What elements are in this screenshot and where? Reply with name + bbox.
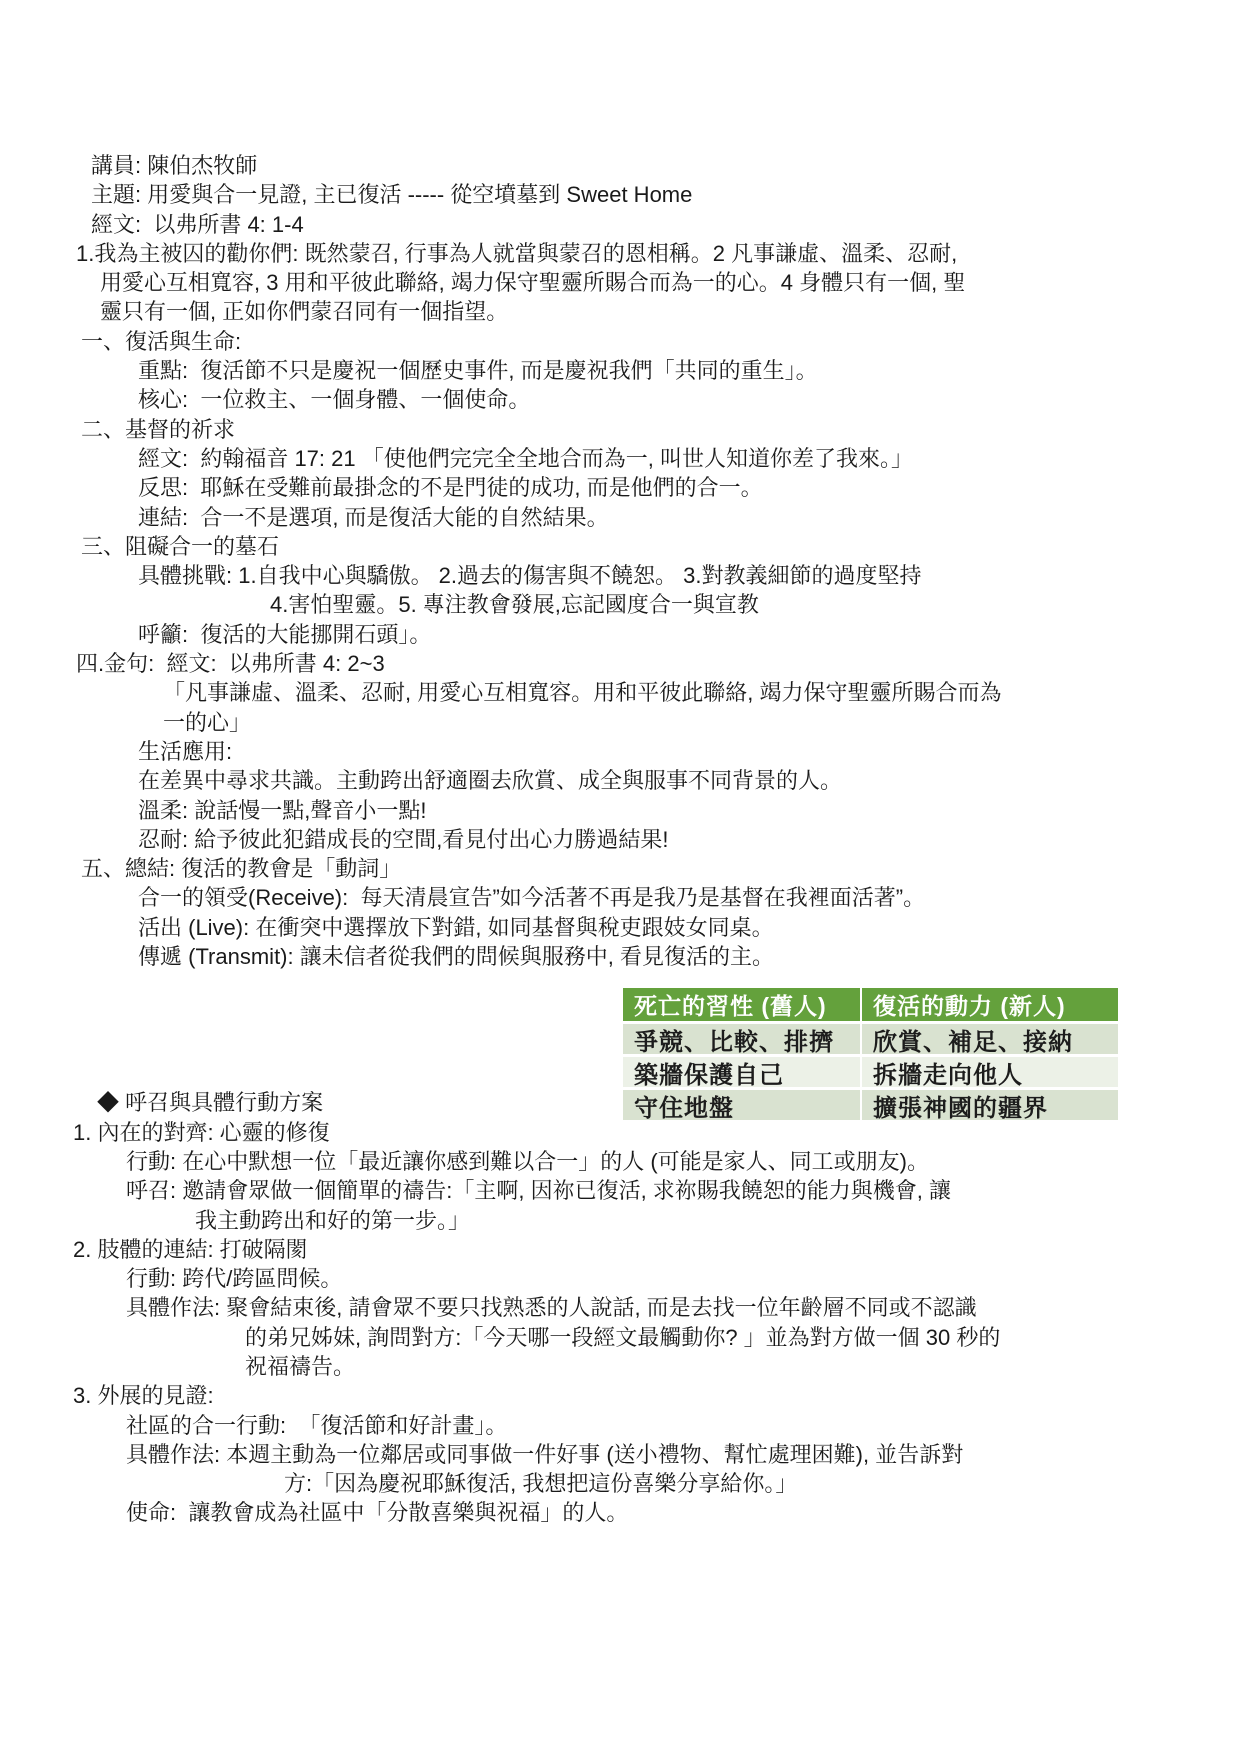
line-section-1-point: 重點: 復活節不只是慶祝一個歷史事件, 而是慶祝我們「共同的重生」。 [0, 356, 1241, 385]
line-action-2-title: 2. 肢體的連結: 打破隔閡 [0, 1235, 1241, 1264]
line-section-4-verse-1: 「凡事謙虛、溫柔、忍耐, 用愛心互相寬容。用和平彼此聯絡, 竭力保守聖靈所賜合而… [0, 678, 1241, 707]
table-cell: 擴張神國的疆界 [862, 1090, 1118, 1120]
line-action-2-method-2: 的弟兄姊妹, 詢問對方:「今天哪一段經文最觸動你? 」並為對方做一個 30 秒的 [0, 1323, 1241, 1352]
line-life-application: 生活應用: [0, 737, 1241, 766]
line-action-1-call-2: 我主動跨出和好的第一步。」 [0, 1206, 1241, 1235]
line-scripture-verse-1: 1.我為主被囚的勸你們: 既然蒙召, 行事為人就當與蒙召的恩相稱。2 凡事謙虛、… [0, 239, 1241, 268]
old-vs-new-comparison-table: 死亡的習性 (舊人) 復活的動力 (新人) 爭競、比較、排擠 欣賞、補足、接納 … [623, 988, 1118, 1120]
line-section-2-scripture: 經文: 約翰福音 17: 21 「使他們完完全全地合而為一, 叫世人知道你差了我… [0, 444, 1241, 473]
line-action-1-act: 行動: 在心中默想一位「最近讓你感到難以合一」的人 (可能是家人、同工或朋友)。 [0, 1147, 1241, 1176]
line-live: 活出 (Live): 在衝突中選擇放下對錯, 如同基督與稅吏跟妓女同桌。 [0, 913, 1241, 942]
line-section-3-challenges: 具體挑戰: 1.自我中心與驕傲。 2.過去的傷害與不饒恕。 3.對教義細節的過度… [0, 561, 1241, 590]
line-action-1-title: 1. 內在的對齊: 心靈的修復 [0, 1118, 1241, 1147]
line-section-4-verse-2: 一的心」 [0, 708, 1241, 737]
line-action-2-method: 具體作法: 聚會結束後, 請會眾不要只找熟悉的人說話, 而是去找一位年齡層不同或… [0, 1293, 1241, 1322]
line-action-3-method-2: 方:「因為慶祝耶穌復活, 我想把這份喜樂分享給你。」 [0, 1469, 1241, 1498]
line-action-3-mission: 使命: 讓教會成為社區中「分散喜樂與祝福」的人。 [0, 1498, 1241, 1527]
table-cell: 築牆保護自己 [623, 1057, 860, 1087]
table-cell: 拆牆走向他人 [862, 1057, 1118, 1087]
line-transmit: 傳遞 (Transmit): 讓未信者從我們的問候與服務中, 看見復活的主。 [0, 942, 1241, 971]
line-receive: 合一的領受(Receive): 每天清晨宣告”如今活著不再是我乃是基督在我裡面活… [0, 883, 1241, 912]
line-action-2-act: 行動: 跨代/跨區問候。 [0, 1264, 1241, 1293]
line-action-3-method: 具體作法: 本週主動為一位鄰居或同事做一件好事 (送小禮物、幫忙處理困難), 並… [0, 1440, 1241, 1469]
line-section-5-title: 五、總結: 復活的教會是「動詞」 [0, 854, 1241, 883]
line-action-1-call: 呼召: 邀請會眾做一個簡單的禱告:「主啊, 因祢已復活, 求祢賜我饒恕的能力與機… [0, 1176, 1241, 1205]
table-header-new-self: 復活的動力 (新人) [862, 988, 1118, 1021]
line-section-3-appeal: 呼籲: 復活的大能挪開石頭」。 [0, 620, 1241, 649]
table-cell: 守住地盤 [623, 1090, 860, 1120]
document-body: 講員: 陳伯杰牧師 主題: 用愛與合一見證, 主已復活 ----- 從空墳墓到 … [0, 151, 1241, 1528]
line-section-4-title: 四.金句: 經文: 以弗所書 4: 2~3 [0, 649, 1241, 678]
line-action-2-method-3: 祝福禱告。 [0, 1352, 1241, 1381]
line-scripture-verse-3: 靈只有一個, 正如你們蒙召同有一個指望。 [0, 297, 1241, 326]
line-section-1-core: 核心: 一位救主、一個身體、一個使命。 [0, 385, 1241, 414]
line-gentleness: 溫柔: 說話慢一點,聲音小一點! [0, 796, 1241, 825]
line-section-2-connect: 連結: 合一不是選項, 而是復活大能的自然結果。 [0, 503, 1241, 532]
line-speaker: 講員: 陳伯杰牧師 [0, 151, 1241, 180]
line-section-2-title: 二、基督的祈求 [0, 415, 1241, 444]
line-action-3-title: 3. 外展的見證: [0, 1381, 1241, 1410]
line-section-1-title: 一、復活與生命: [0, 327, 1241, 356]
line-section-2-reflect: 反思: 耶穌在受難前最掛念的不是門徒的成功, 而是他們的合一。 [0, 473, 1241, 502]
line-action-3-community: 社區的合一行動: 「復活節和好計畫」。 [0, 1411, 1241, 1440]
table-header-old-self: 死亡的習性 (舊人) [623, 988, 860, 1021]
line-section-3-title: 三、阻礙合一的墓石 [0, 532, 1241, 561]
sermon-notes-page: 講員: 陳伯杰牧師 主題: 用愛與合一見證, 主已復活 ----- 從空墳墓到 … [0, 0, 1241, 1755]
line-section-3-challenges-2: 4.害怕聖靈。5. 專注教會發展,忘記國度合一與宣教 [0, 590, 1241, 619]
line-topic: 主題: 用愛與合一見證, 主已復活 ----- 從空墳墓到 Sweet Home [0, 180, 1241, 209]
table-cell: 爭競、比較、排擠 [623, 1024, 860, 1054]
line-patience: 忍耐: 給予彼此犯錯成長的空間,看見付出心力勝過結果! [0, 825, 1241, 854]
line-scripture-ref: 經文: 以弗所書 4: 1-4 [0, 210, 1241, 239]
line-scripture-verse-2: 用愛心互相寬容, 3 用和平彼此聯絡, 竭力保守聖靈所賜合而為一的心。4 身體只… [0, 268, 1241, 297]
line-life-application-2: 在差異中尋求共識。主動跨出舒適圈去欣賞、成全與服事不同背景的人。 [0, 766, 1241, 795]
table-cell: 欣賞、補足、接納 [862, 1024, 1118, 1054]
